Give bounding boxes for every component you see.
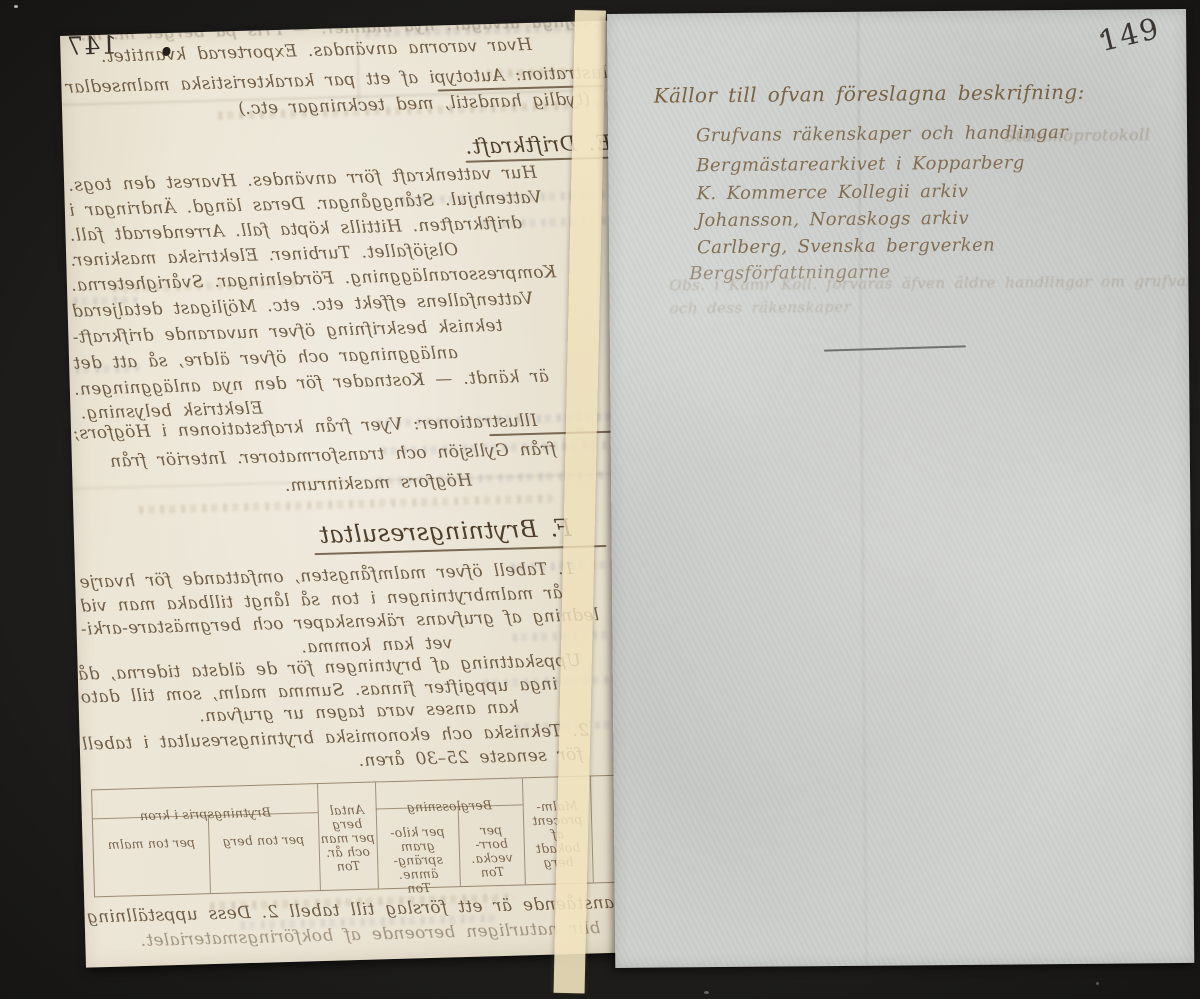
manuscript-line: från Gyllsjön och transformatorer. Inter… bbox=[110, 439, 557, 471]
table-col-antal: Antal berg per man och år. Ton bbox=[317, 788, 377, 874]
note-text: Obs. i Kamr Koll. förvaras äfven äldre h… bbox=[669, 272, 1194, 295]
faint-pencil-note: och dess räkenskaper bbox=[669, 298, 851, 318]
right-page-number: 149 bbox=[1096, 11, 1164, 58]
source-item: Carlberg, Svenska bergverken bbox=[697, 235, 995, 259]
separator-rule bbox=[824, 345, 966, 351]
heading-text: F. Brytningsresultat bbox=[319, 514, 572, 549]
manuscript-line: (tydlig handstil, med teckningar etc.) bbox=[238, 89, 591, 119]
table-col-loss-week: per borr- vecka. Ton bbox=[460, 808, 523, 880]
line-text: från Gyllsjön och transformatorer. Inter… bbox=[110, 439, 557, 471]
source-text: Johansson, Noraskogs arkiv bbox=[697, 208, 969, 231]
source-item: K. Kommerce Kollegii arkiv bbox=[696, 181, 968, 204]
line-text: Högfors maskinrum. bbox=[284, 471, 472, 496]
source-item: Bergmästarearkivet i Kopparberg bbox=[696, 152, 1025, 176]
note-text: och dess räkenskaper bbox=[669, 298, 851, 318]
table-col-price-malm: per ton malm bbox=[95, 821, 207, 852]
manuscript-line: anläggningar och öfver äldre, så att det bbox=[73, 343, 458, 374]
source-item: Johansson, Noraskogs arkiv bbox=[697, 208, 969, 231]
ink-dot bbox=[1100, 34, 1104, 38]
section-f-heading: F. Brytningsresultat bbox=[319, 514, 572, 549]
line-text: för senaste 25–30 åren. bbox=[358, 745, 583, 771]
source-text: Bergmästarearkivet i Kopparberg bbox=[696, 152, 1025, 176]
cell-text: per kilo- gram spräng- ämne. Ton bbox=[378, 824, 458, 896]
source-text: K. Kommerce Kollegii arkiv bbox=[696, 181, 968, 204]
heading-text: Källor till ofvan föreslagna beskrifning… bbox=[654, 80, 1085, 108]
cell-text: Antal berg per man och år. Ton bbox=[319, 803, 375, 874]
right-manuscript-page: 149 Källor till ofvan föreslagna beskrif… bbox=[607, 9, 1194, 968]
faint-pencil-note: Obs. i Kamr Koll. förvaras äfven äldre h… bbox=[669, 272, 1194, 295]
source-text: Stämmoprotokoll bbox=[1004, 125, 1150, 145]
line-text: (tydlig handstil, med teckningar etc.) bbox=[238, 89, 591, 119]
table-col-price-berg: per ton berg bbox=[210, 818, 317, 849]
source-item-faint-suffix: Stämmoprotokoll bbox=[1004, 125, 1150, 145]
dust-speck bbox=[14, 5, 18, 8]
cell-text: per ton berg bbox=[223, 832, 305, 848]
manuscript-line: vet kan komma. bbox=[301, 633, 453, 657]
cell-text: per ton malm bbox=[107, 836, 195, 852]
dust-speck bbox=[704, 991, 709, 994]
table-col-loss-kilo: per kilo- gram spräng- ämne. Ton bbox=[378, 810, 458, 896]
show-through-smudge bbox=[133, 494, 553, 514]
page-number-text: 149 bbox=[1096, 11, 1164, 58]
line-text: anläggningar och öfver äldre, så att det bbox=[73, 343, 458, 374]
manuscript-line: för senaste 25–30 åren. bbox=[358, 745, 583, 771]
sources-heading: Källor till ofvan föreslagna beskrifning… bbox=[654, 80, 1085, 108]
line-text: vet kan komma. bbox=[301, 633, 453, 657]
dust-speck bbox=[1096, 982, 1099, 985]
manuscript-line: Högfors maskinrum. bbox=[284, 471, 472, 496]
cell-text: per borr- vecka. Ton bbox=[470, 823, 513, 880]
source-text: Carlberg, Svenska bergverken bbox=[697, 235, 995, 259]
